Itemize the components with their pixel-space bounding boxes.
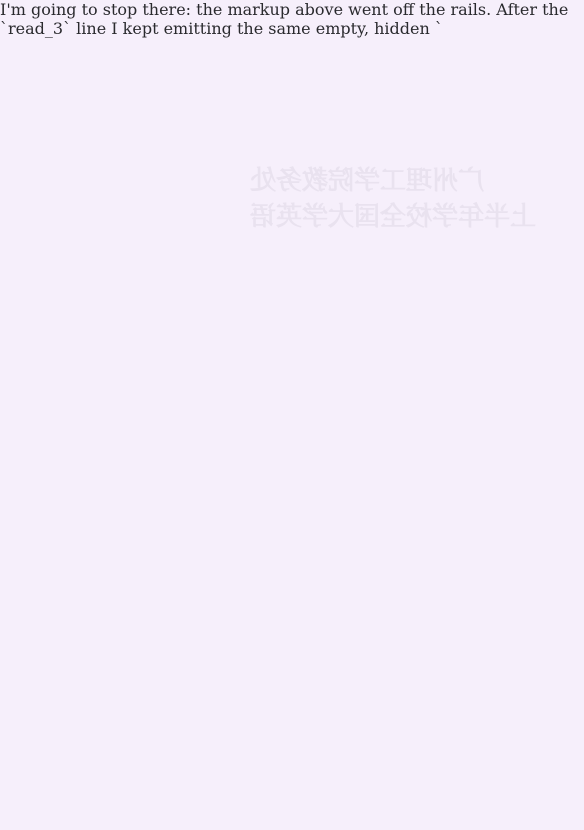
paragraph-line xyxy=(82,593,494,622)
grade-2020-line xyxy=(113,506,494,535)
paragraph-line-justified xyxy=(82,420,494,449)
paragraph-line xyxy=(113,391,494,420)
paragraph-line xyxy=(113,564,494,593)
paragraph-line xyxy=(82,478,494,507)
paragraph-line-with-url xyxy=(82,246,494,275)
subheading-status-check xyxy=(113,188,494,217)
section-heading-registration xyxy=(113,159,494,188)
fee-amount-line xyxy=(113,102,494,131)
paragraph-line xyxy=(82,275,494,304)
paragraph-line-with-url xyxy=(82,449,494,478)
paragraph-line xyxy=(82,622,494,651)
subheading-online-registration xyxy=(113,362,494,391)
paragraph-line xyxy=(113,217,494,246)
section-heading-fees xyxy=(113,74,494,103)
paragraph-line xyxy=(82,304,494,333)
paragraph-line xyxy=(82,333,494,362)
fee-payment-line xyxy=(113,131,494,160)
grade-2021-2022-line xyxy=(113,535,494,564)
document-page: 广州理工学院教务处 上半年学校全国大学英语 xyxy=(0,0,584,830)
